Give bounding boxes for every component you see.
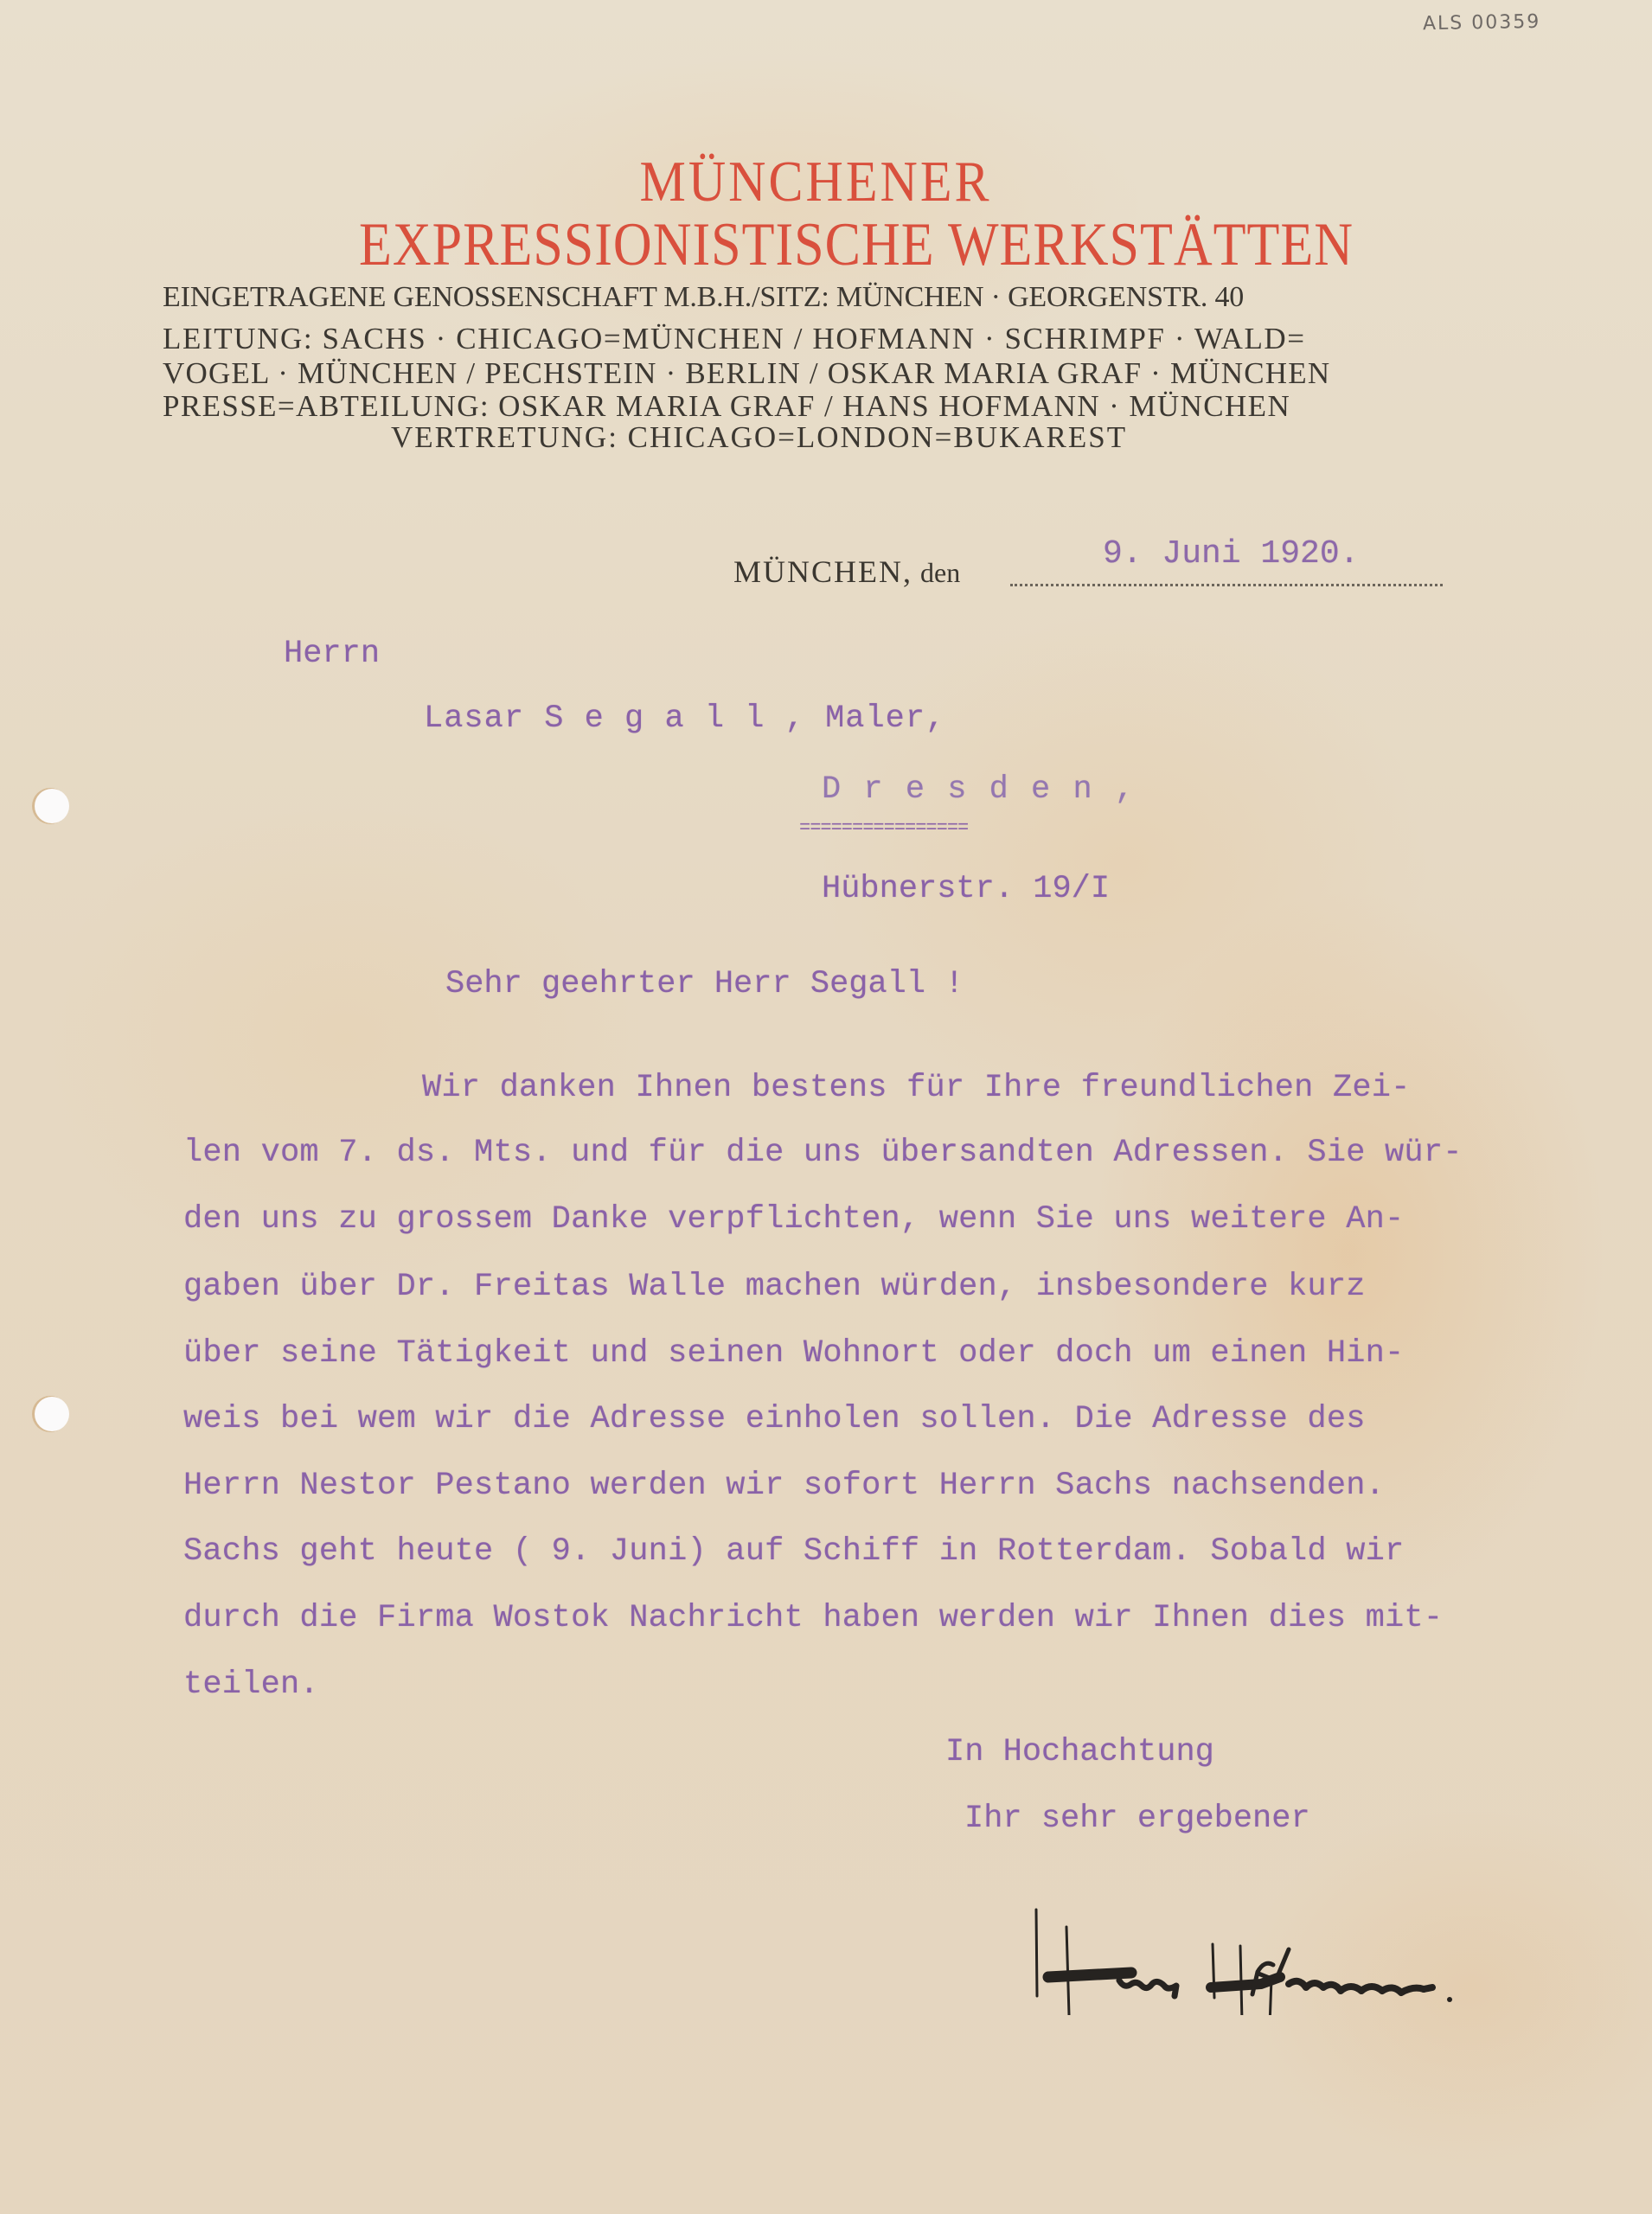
letterhead-management-1: LEITUNG: SACHS · CHICAGO=MÜNCHEN / HOFMA… (163, 323, 1306, 354)
recipient-city-underline: ================ (799, 817, 968, 839)
archive-id: ALS 00359 (1423, 11, 1541, 35)
dateline-city: MÜNCHEN, (733, 554, 912, 589)
closing-line2: Ihr sehr ergebener (964, 1803, 1310, 1835)
body-line: Herrn Nestor Pestano werden wir sofort H… (183, 1470, 1385, 1502)
body-line: über seine Tätigkeit und seinen Wohnort … (183, 1338, 1404, 1370)
body-line: den uns zu grossem Danke verpflichten, w… (183, 1204, 1404, 1236)
punch-hole-bottom (35, 1397, 69, 1431)
letterhead-title-line1: MÜNCHENER (0, 152, 1642, 210)
recipient-title: Herrn (284, 638, 380, 670)
letterhead-title-line2: EXPRESSIONISTISCHE WERKSTÄTTEN (30, 214, 1652, 276)
body-line: Sachs geht heute ( 9. Juni) auf Schiff i… (183, 1536, 1404, 1568)
letter-date: 9. Juni 1920. (1103, 538, 1359, 571)
recipient-name: Lasar S e g a l l , Maler, (424, 703, 945, 735)
recipient-street: Hübnerstr. 19/I (822, 873, 1110, 905)
letterhead-registration: EINGETRAGENE GENOSSENSCHAFT M.B.H./SITZ:… (163, 283, 1244, 312)
punch-hole-top (35, 789, 69, 823)
greeting: Sehr geehrter Herr Segall ! (445, 969, 964, 1001)
signature-hans-hofmann: Hans Hofmann. (1029, 1894, 1479, 2015)
body-line: weis bei wem wir die Adresse einholen so… (183, 1404, 1366, 1436)
body-line: teilen. (183, 1669, 319, 1701)
dateline: MÜNCHEN, den (733, 553, 960, 590)
recipient-city: D r e s d e n , (822, 774, 1136, 806)
closing-line1: In Hochachtung (945, 1737, 1214, 1769)
letterhead-management-2: VOGEL · MÜNCHEN / PECHSTEIN · BERLIN / O… (163, 358, 1330, 388)
date-dotted-line (1010, 584, 1443, 586)
letterhead-representation: VERTRETUNG: CHICAGO=LONDON=BUKAREST (391, 422, 1127, 452)
body-line: len vom 7. ds. Mts. und für die uns über… (183, 1137, 1463, 1169)
body-line: durch die Firma Wostok Nachricht haben w… (183, 1603, 1443, 1635)
body-line: Wir danken Ihnen bestens für Ihre freund… (422, 1072, 1411, 1104)
dateline-den: den (920, 557, 960, 588)
body-line: gaben über Dr. Freitas Walle machen würd… (183, 1271, 1366, 1303)
letterhead-press: PRESSE=ABTEILUNG: OSKAR MARIA GRAF / HAN… (163, 391, 1290, 421)
